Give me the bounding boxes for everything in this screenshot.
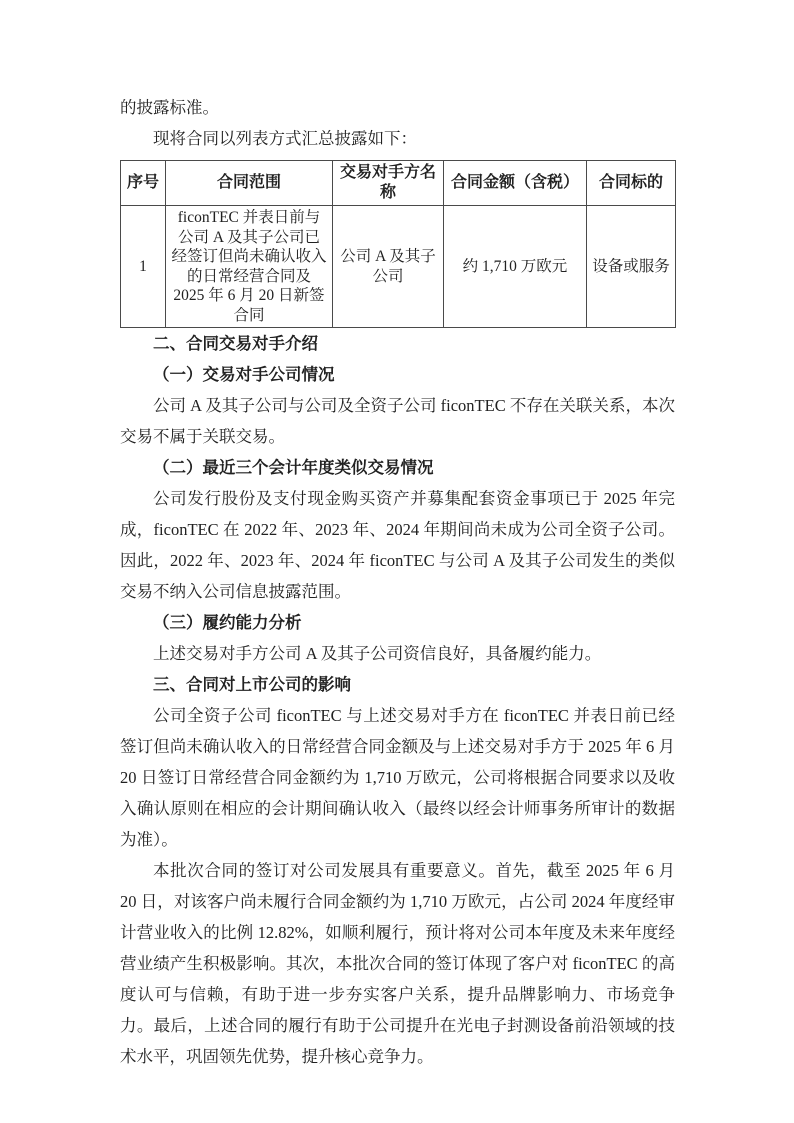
cell-amount: 约 1,710 万欧元 (444, 206, 587, 328)
cell-counterparty: 公司 A 及其子公司 (333, 206, 444, 328)
table-row: 1 ficonTEC 并表日前与公司 A 及其子公司已经签订但尚未确认收入的日常… (121, 206, 676, 328)
paragraph-performance-capability: 上述交易对手方公司 A 及其子公司资信良好，具备履约能力。 (120, 638, 675, 669)
cell-scope: ficonTEC 并表日前与公司 A 及其子公司已经签订但尚未确认收入的日常经营… (166, 206, 333, 328)
cell-seq: 1 (121, 206, 166, 328)
col-header-subject: 合同标的 (587, 161, 676, 206)
document-page: 的披露标准。 现将合同以列表方式汇总披露如下： 序号 合同范围 交易对手方名称 … (0, 0, 794, 1123)
col-header-scope: 合同范围 (166, 161, 333, 206)
paragraph-similar-transactions: 公司发行股份及支付现金购买资产并募集配套资金事项已于 2025 年完成，fico… (120, 483, 675, 607)
cell-subject: 设备或服务 (587, 206, 676, 328)
paragraph-impact-1: 公司全资子公司 ficonTEC 与上述交易对手方在 ficonTEC 并表日前… (120, 700, 675, 855)
paragraph-impact-2: 本批次合同的签订对公司发展具有重要意义。首先，截至 2025 年 6 月 20 … (120, 855, 675, 1072)
subsection-heading-similar-transactions: （二）最近三个会计年度类似交易情况 (120, 452, 675, 483)
col-header-amount: 合同金额（含税） (444, 161, 587, 206)
paragraph-counterparty-profile: 公司 A 及其子公司与公司及全资子公司 ficonTEC 不存在关联关系，本次交… (120, 390, 675, 452)
subsection-heading-performance-capability: （三）履约能力分析 (120, 607, 675, 638)
section-heading-impact-on-company: 三、合同对上市公司的影响 (120, 669, 675, 700)
contracts-table: 序号 合同范围 交易对手方名称 合同金额（含税） 合同标的 1 ficonTEC… (120, 160, 676, 328)
col-header-seq: 序号 (121, 161, 166, 206)
paragraph-table-lead: 现将合同以列表方式汇总披露如下： (120, 123, 675, 154)
section-heading-counterparty-intro: 二、合同交易对手介绍 (120, 328, 675, 359)
col-header-counterparty: 交易对手方名称 (333, 161, 444, 206)
subsection-heading-counterparty-profile: （一）交易对手公司情况 (120, 359, 675, 390)
table-header-row: 序号 合同范围 交易对手方名称 合同金额（含税） 合同标的 (121, 161, 676, 206)
paragraph-continuation: 的披露标准。 (120, 92, 675, 123)
